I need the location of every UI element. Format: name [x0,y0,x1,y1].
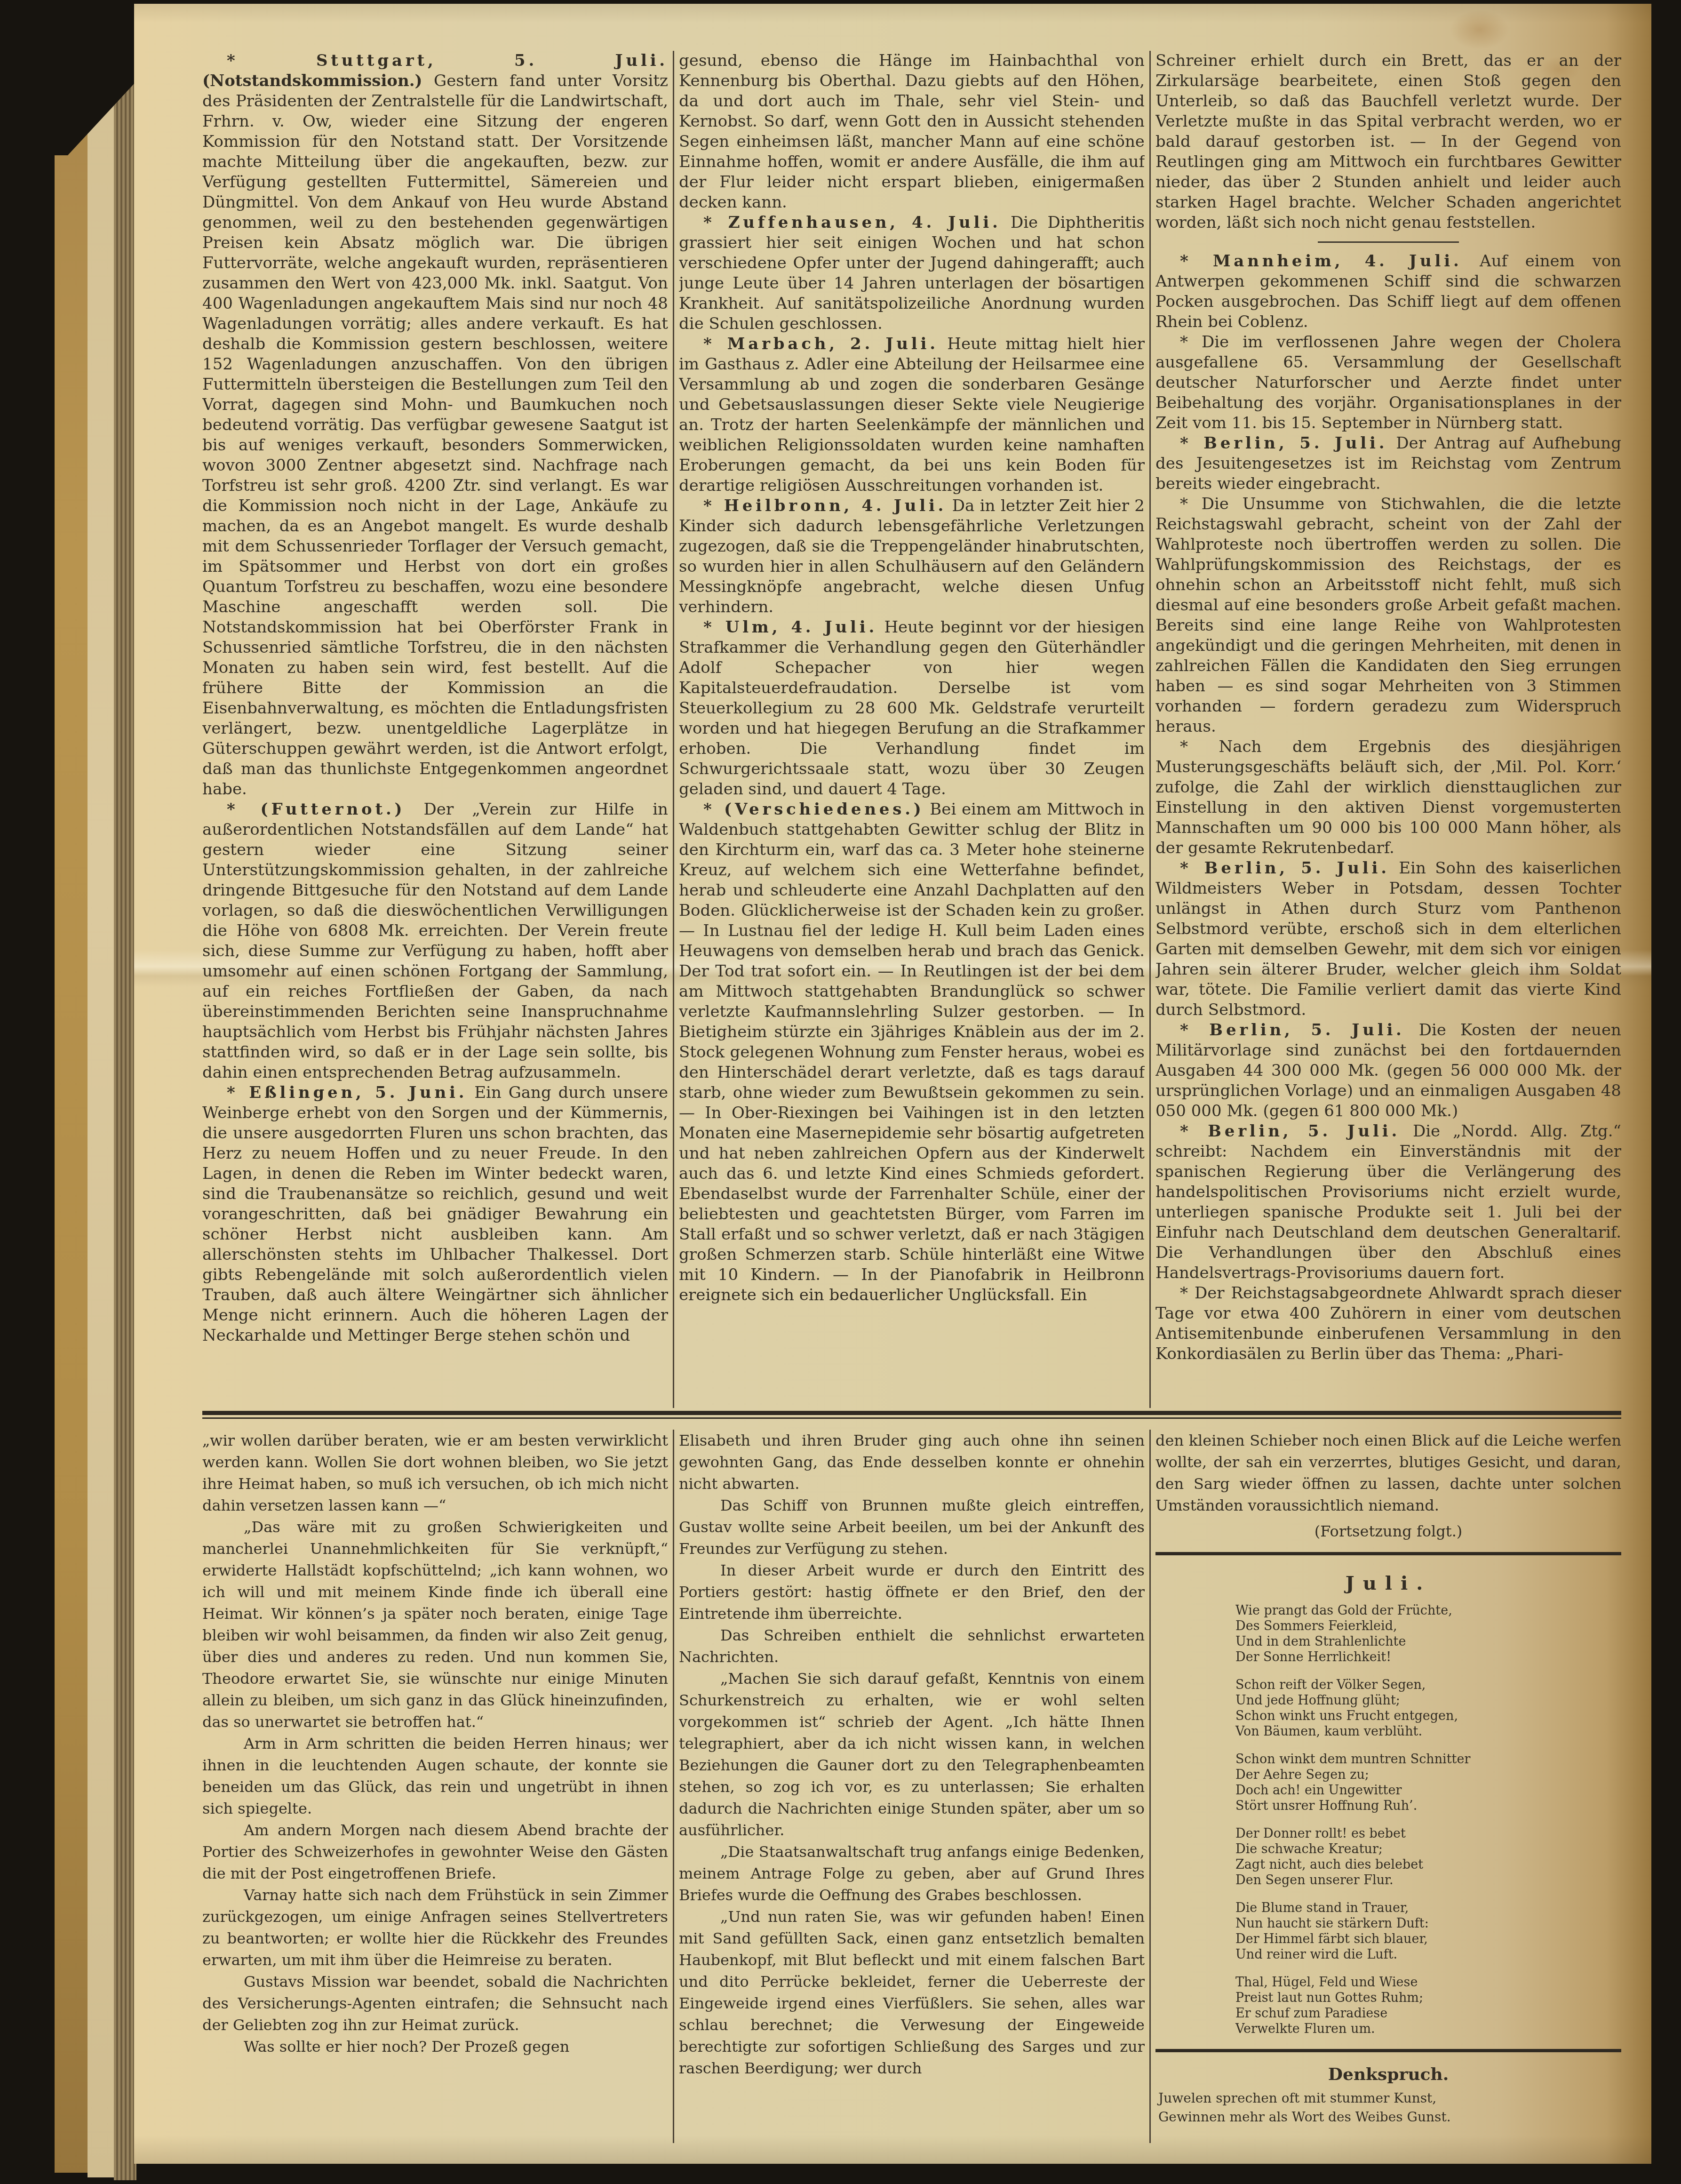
dateline: * Ulm, 4. Juli. [703,618,877,637]
poem-line: Der Sonne Herrlichkeit! [1235,1649,1621,1665]
feuilleton-paragraph: Arm in Arm schritten die beiden Herren h… [202,1733,668,1819]
news-column-3: Schreiner erhielt durch ein Brett, das e… [1155,51,1621,1408]
poem-line: Den Segen unserer Flur. [1235,1872,1621,1888]
poem-body: Wie prangt das Gold der Früchte,Des Somm… [1155,1603,1621,2037]
poem-line: Der Aehre Segen zu; [1235,1767,1621,1783]
poem-stanza: Schon reift der Völker Segen,Und jede Ho… [1235,1677,1621,1739]
feuilleton-paragraph: den kleinen Schieber noch einen Blick au… [1155,1430,1621,1516]
news-item: * Mannheim, 4. Juli. Auf einem von Antwe… [1155,251,1621,332]
feuilleton-paragraph: Am andern Morgen nach diesem Abend brach… [202,1819,668,1884]
poem-stanza: Schon winkt dem muntren SchnitterDer Aeh… [1235,1752,1621,1814]
poem-line: Er schuf zum Paradiese [1235,2006,1621,2021]
news-item: * Berlin, 5. Juli. Ein Sohn des kaiserli… [1155,858,1621,1020]
poem-line: Der Himmel färbt sich blauer, [1235,1931,1621,1947]
feuilleton-column-2: Elisabeth und ihren Bruder ging auch ohn… [679,1430,1145,2143]
denkspruch-body: Juwelen sprechen oft mit stummer Kunst,G… [1155,2089,1621,2127]
column-rule [1149,51,1151,1408]
column-rule [1149,1430,1151,2143]
poem-line: Verwelkte Fluren um. [1235,2021,1621,2037]
poem-line: Von Bäumen, kaum verblüht. [1235,1724,1621,1739]
news-section: * Stuttgart, 5. Juli. (Notstandskommissi… [202,51,1621,1408]
column-rule [673,1430,674,2143]
feuilleton-paragraph: „wir wollen darüber beraten, wie er am b… [202,1430,668,1516]
poem-stanza: Wie prangt das Gold der Früchte,Des Somm… [1235,1603,1621,1665]
denkspruch-title: Denkspruch. [1155,2064,1621,2084]
dateline: * (Verschiedenes.) [703,800,924,819]
continuation-note: (Fortsetzung folgt.) [1155,1521,1621,1542]
news-column-1: * Stuttgart, 5. Juli. (Notstandskommissi… [202,51,668,1408]
news-item: * Stuttgart, 5. Juli. (Notstandskommissi… [202,51,668,800]
poem-line: Doch ach! ein Ungewitter [1235,1783,1621,1798]
poem-line: Die schwache Kreatur; [1235,1841,1621,1857]
poem-line: Und in dem Strahlenlichte [1235,1634,1621,1649]
poem-line: Und jede Hoffnung glüht; [1235,1693,1621,1708]
denkspruch-line: Gewinnen mehr als Wort des Weibes Gunst. [1158,2108,1621,2127]
dateline: * Berlin, 5. Juli. [1180,434,1387,453]
dateline: * Berlin, 5. Juli. [1180,1122,1400,1141]
dateline: * Berlin, 5. Juli. [1180,1021,1405,1040]
book-cover-edge [55,20,88,2173]
poem-stanza: Thal, Hügel, Feld und WiesePreist laut n… [1235,1975,1621,2037]
newspaper-page: * Stuttgart, 5. Juli. (Notstandskommissi… [134,4,1651,2164]
news-item: * Nach dem Ergebnis des diesjährigen Mus… [1155,737,1621,858]
poem-stanza: Die Blume stand in Trauer,Nun haucht sie… [1235,1900,1621,1962]
subheading: (Notstandskommission.) [202,72,422,90]
dateline: * Stuttgart, 5. Juli. [227,51,668,70]
feuilleton-paragraph: Das Schiff von Brunnen mußte gleich eint… [679,1495,1145,1560]
poem-line: Thal, Hügel, Feld und Wiese [1235,1975,1621,1990]
divider-rule [1155,2049,1621,2052]
column-rule [673,51,674,1408]
feuilleton-paragraph: Das Schreiben enthielt die sehnlichst er… [679,1624,1145,1668]
news-item: * Die Unsumme von Stichwahlen, die die l… [1155,494,1621,737]
dateline: * Berlin, 5. Juli. [1180,859,1390,878]
poem-line: Und reiner wird die Luft. [1235,1947,1621,1962]
poem-title: Juli. [1155,1572,1621,1594]
poem-line: Schon winkt uns Frucht entgegen, [1235,1708,1621,1724]
news-item: * Berlin, 5. Juli. Die „Nordd. Allg. Ztg… [1155,1121,1621,1283]
feuilleton-continuation: den kleinen Schieber noch einen Blick au… [1155,1430,1621,1516]
feuilleton-paragraph: In dieser Arbeit wurde er durch den Eint… [679,1560,1145,1624]
feuilleton-column-1: „wir wollen darüber beraten, wie er am b… [202,1430,668,2143]
poem-line: Des Sommers Feierkleid, [1235,1618,1621,1634]
news-item: * Zuffenhausen, 4. Juli. Die Diphtheriti… [679,213,1145,334]
poem-line: Schon reift der Völker Segen, [1235,1677,1621,1693]
news-item: * Berlin, 5. Juli. Der Antrag auf Aufheb… [1155,433,1621,494]
news-column-2: gesund, ebenso die Hänge im Hainbachthal… [679,51,1145,1408]
denkspruch-line: Juwelen sprechen oft mit stummer Kunst, [1158,2089,1621,2108]
news-item: * Der Reichstagsabgeordnete Ahlwardt spr… [1155,1283,1621,1364]
poem-line: Schon winkt dem muntren Schnitter [1235,1752,1621,1767]
dateline: * Marbach, 2. Juli. [703,335,939,353]
news-item: * Heilbronn, 4. Juli. Da in letzter Zeit… [679,496,1145,617]
dateline: * (Futternot.) [227,800,405,819]
dateline: * Eßlingen, 5. Juni. [227,1083,467,1102]
poem-line: Zagt nicht, auch dies belebet [1235,1857,1621,1872]
feuilleton-paragraph: „Die Staatsanwaltschaft trug anfangs ein… [679,1841,1145,1906]
short-divider-rule [1318,241,1459,243]
feuilleton-paragraph: „Und nun raten Sie, was wir gefunden hab… [679,1906,1145,2079]
feuilleton-paragraph: Elisabeth und ihren Bruder ging auch ohn… [679,1430,1145,1495]
news-item: * Die im verflossenen Jahre wegen der Ch… [1155,332,1621,433]
news-item: * (Verschiedenes.) Bei einem am Mittwoch… [679,800,1145,1305]
news-item: Schreiner erhielt durch ein Brett, das e… [1155,51,1621,233]
poem-line: Nun haucht sie stärkern Duft: [1235,1916,1621,1931]
news-item: * Eßlingen, 5. Juni. Ein Gang durch unse… [202,1083,668,1346]
page-stack-edge [88,8,114,2177]
poem-line: Wie prangt das Gold der Früchte, [1235,1603,1621,1618]
poem-line: Preist laut nun Gottes Ruhm; [1235,1990,1621,2006]
feuilleton-paragraph: Was sollte er hier noch? Der Prozeß gege… [202,2036,668,2057]
feuilleton-paragraph: Varnay hatte sich nach dem Frühstück in … [202,1884,668,1971]
news-item: gesund, ebenso die Hänge im Hainbachthal… [679,51,1145,213]
divider-rule [1155,1552,1621,1555]
feuilleton-section: „wir wollen darüber beraten, wie er am b… [202,1430,1621,2143]
dateline: * Mannheim, 4. Juli. [1180,252,1462,271]
feuilleton-paragraph: „Machen Sie sich darauf gefaßt, Kenntnis… [679,1668,1145,1841]
dateline: * Zuffenhausen, 4. Juli. [703,213,1001,232]
news-item: * Berlin, 5. Juli. Die Kosten der neuen … [1155,1020,1621,1121]
poem-line: Der Donner rollt! es bebet [1235,1826,1621,1841]
scanned-newspaper-page: * Stuttgart, 5. Juli. (Notstandskommissi… [0,0,1681,2184]
poem-stanza: Der Donner rollt! es bebetDie schwache K… [1235,1826,1621,1888]
news-item: * (Futternot.) Der „Verein zur Hilfe in … [202,800,668,1083]
dateline: * Heilbronn, 4. Juli. [703,496,947,515]
feuilleton-paragraph: Gustavs Mission war beendet, sobald die … [202,1971,668,2036]
section-divider-rule [202,1411,1621,1419]
page-stack-ribbing [114,2,136,2180]
poem-line: Die Blume stand in Trauer, [1235,1900,1621,1916]
news-item: * Marbach, 2. Juli. Heute mittag hielt h… [679,334,1145,496]
feuilleton-paragraph: „Das wäre mit zu großen Schwierigkeiten … [202,1516,668,1733]
bottom-right-column: den kleinen Schieber noch einen Blick au… [1155,1430,1621,2143]
news-item: * Ulm, 4. Juli. Heute beginnt vor der hi… [679,617,1145,800]
poem-line: Stört unsrer Hoffnung Ruh’. [1235,1798,1621,1814]
